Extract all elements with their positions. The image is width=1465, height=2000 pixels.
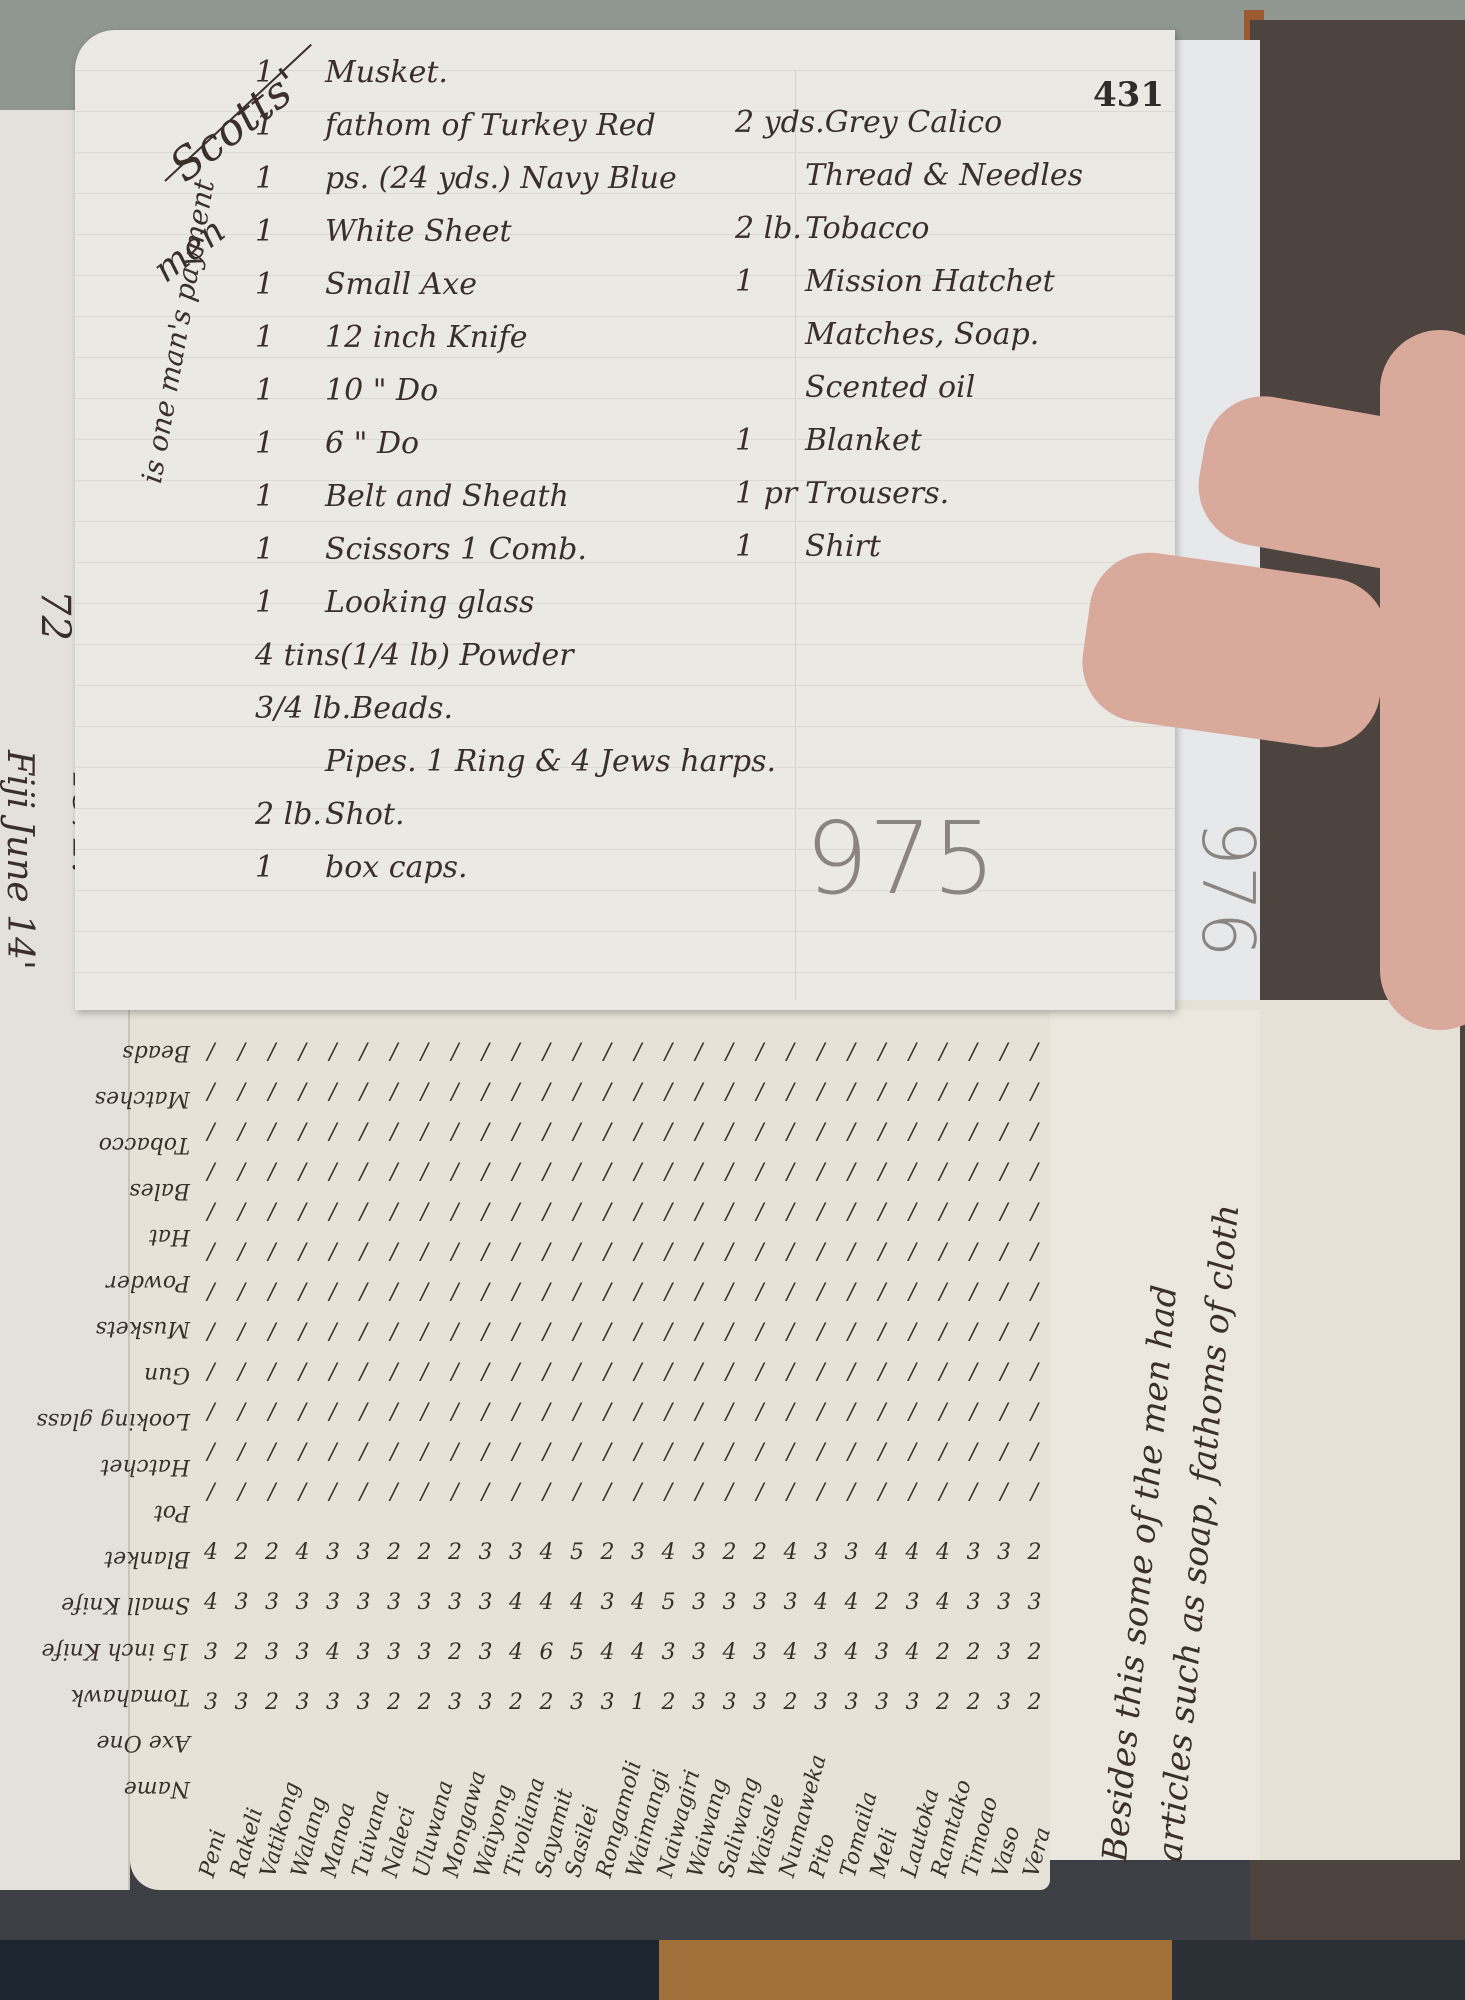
ledger-count: 2 <box>657 1690 681 1715</box>
ledger-count: 1 <box>626 1690 650 1715</box>
tally-mark: / <box>901 1080 925 1105</box>
ledger-count: 3 <box>413 1590 437 1615</box>
tally-mark: / <box>504 1360 528 1385</box>
tally-mark: / <box>962 1480 986 1505</box>
pencil-folio-page: 976 <box>1186 820 1270 957</box>
ledger-column-header: Small Knife <box>61 1592 190 1617</box>
tally-mark: / <box>718 1200 742 1225</box>
ledger-count: 2 <box>535 1690 559 1715</box>
ledger-count: 2 <box>382 1540 406 1565</box>
tally-mark: / <box>565 1200 589 1225</box>
tally-mark: / <box>809 1320 833 1345</box>
tally-mark: / <box>382 1400 406 1425</box>
ledger-count: 2 <box>1023 1540 1047 1565</box>
tally-mark: / <box>321 1400 345 1425</box>
tally-mark: / <box>870 1040 894 1065</box>
item-name: Trousers. <box>805 476 949 511</box>
tally-mark: / <box>199 1080 223 1105</box>
tally-mark: / <box>901 1240 925 1265</box>
item-quantity: 1 <box>255 55 325 90</box>
tally-mark: / <box>626 1440 650 1465</box>
tally-mark: / <box>291 1040 315 1065</box>
tally-mark: / <box>748 1240 772 1265</box>
tally-mark: / <box>443 1400 467 1425</box>
tally-mark: / <box>443 1200 467 1225</box>
tally-mark: / <box>687 1080 711 1105</box>
desk-surface <box>0 1940 1465 2000</box>
tally-mark: / <box>443 1360 467 1385</box>
tally-mark: / <box>565 1400 589 1425</box>
item-name: Thread & Needles <box>805 158 1083 193</box>
tally-mark: / <box>413 1440 437 1465</box>
ledger-count: 3 <box>596 1590 620 1615</box>
tally-mark: / <box>535 1080 559 1105</box>
tally-mark: / <box>870 1320 894 1345</box>
tally-mark: / <box>931 1400 955 1425</box>
item-name: fathom of Turkey Red <box>325 108 656 143</box>
tally-mark: / <box>901 1200 925 1225</box>
tally-mark: / <box>901 1160 925 1185</box>
tally-mark: / <box>687 1240 711 1265</box>
ledger-count: 3 <box>321 1540 345 1565</box>
tally-mark: / <box>596 1320 620 1345</box>
tally-mark: / <box>687 1400 711 1425</box>
ledger-count: 4 <box>840 1590 864 1615</box>
ledger-column-header: Matches <box>95 1086 190 1111</box>
ledger-column: ////////////3333Vaso <box>988 1040 1020 1880</box>
tally-mark: / <box>413 1480 437 1505</box>
margin-note-payment: is one man's payment <box>135 177 221 486</box>
ledger-column: ////////////3443Tomaila <box>836 1040 868 1880</box>
ledger-count: 3 <box>718 1690 742 1715</box>
item-name: 12 inch Knife <box>325 320 527 355</box>
ledger-column-header: Pot <box>154 1500 190 1525</box>
tally-mark: / <box>443 1040 467 1065</box>
tally-mark: / <box>748 1160 772 1185</box>
ledger-count: 4 <box>657 1540 681 1565</box>
ledger-count: 3 <box>1023 1590 1047 1615</box>
tally-mark: / <box>901 1040 925 1065</box>
ledger-count: 3 <box>291 1690 315 1715</box>
tally-mark: / <box>992 1280 1016 1305</box>
tally-mark: / <box>352 1280 376 1305</box>
tally-mark: / <box>687 1120 711 1145</box>
tally-mark: / <box>291 1280 315 1305</box>
ledger-column: ////////////3442Tivoliana <box>500 1040 532 1880</box>
ledger-count: 3 <box>626 1540 650 1565</box>
ledger-count: 3 <box>565 1690 589 1715</box>
ledger-count: 2 <box>870 1590 894 1615</box>
tally-mark: / <box>748 1080 772 1105</box>
ledger-column: ////////////5453Sasilei <box>561 1040 593 1880</box>
tally-mark: / <box>748 1480 772 1505</box>
ledger-count: 3 <box>352 1640 376 1665</box>
tally-mark: / <box>199 1320 223 1345</box>
tally-mark: / <box>657 1040 681 1065</box>
tally-mark: / <box>352 1200 376 1225</box>
ledger-count: 2 <box>931 1690 955 1715</box>
list-item: 2 lb.Tobacco <box>735 211 930 246</box>
tally-mark: / <box>260 1320 284 1345</box>
tally-mark: / <box>718 1400 742 1425</box>
tally-mark: / <box>199 1400 223 1425</box>
tally-mark: / <box>260 1480 284 1505</box>
list-item: 110 " Do <box>255 373 438 408</box>
ledger-column: ////////////3343Manoa <box>317 1040 349 1880</box>
ledger-count: 2 <box>230 1540 254 1565</box>
ledger-count: 2 <box>962 1690 986 1715</box>
ledger-count: 3 <box>443 1690 467 1715</box>
tally-mark: / <box>474 1400 498 1425</box>
tally-mark: / <box>626 1240 650 1265</box>
tally-mark: / <box>931 1320 955 1345</box>
tally-mark: / <box>291 1240 315 1265</box>
tally-mark: / <box>230 1200 254 1225</box>
item-name: Scented oil <box>805 370 975 405</box>
tally-mark: / <box>474 1360 498 1385</box>
tally-mark: / <box>230 1360 254 1385</box>
tally-mark: / <box>474 1240 498 1265</box>
tally-mark: / <box>260 1240 284 1265</box>
tally-mark: / <box>748 1280 772 1305</box>
ledger-count: 3 <box>992 1540 1016 1565</box>
ledger-count: 3 <box>748 1690 772 1715</box>
tally-mark: / <box>443 1120 467 1145</box>
tally-mark: / <box>321 1440 345 1465</box>
ledger-count: 3 <box>687 1540 711 1565</box>
tally-mark: / <box>596 1120 620 1145</box>
item-name: Beads. <box>351 691 453 726</box>
tally-mark: / <box>687 1040 711 1065</box>
tally-mark: / <box>992 1080 1016 1105</box>
tally-mark: / <box>1023 1040 1047 1065</box>
tally-mark: / <box>931 1200 955 1225</box>
tally-mark: / <box>1023 1240 1047 1265</box>
ledger-count: 4 <box>626 1640 650 1665</box>
tally-mark: / <box>382 1320 406 1345</box>
ledger-count: 3 <box>382 1640 406 1665</box>
ledger-column-header: Tobacco <box>99 1132 190 1157</box>
ledger-count: 3 <box>504 1540 528 1565</box>
ledger-count: 4 <box>779 1640 803 1665</box>
tally-mark: / <box>199 1440 223 1465</box>
tally-mark: / <box>809 1440 833 1465</box>
ledger-count: 2 <box>931 1640 955 1665</box>
tally-mark: / <box>413 1320 437 1345</box>
tally-mark: / <box>291 1160 315 1185</box>
ledger-count: 3 <box>443 1590 467 1615</box>
tally-mark: / <box>535 1440 559 1465</box>
ledger-count: 4 <box>840 1640 864 1665</box>
tally-mark: / <box>596 1080 620 1105</box>
tally-mark: / <box>321 1040 345 1065</box>
tally-mark: / <box>291 1320 315 1345</box>
tally-mark: / <box>443 1320 467 1345</box>
tally-mark: / <box>291 1480 315 1505</box>
tally-mark: / <box>687 1160 711 1185</box>
ledger-count: 4 <box>199 1590 223 1615</box>
tally-mark: / <box>352 1160 376 1185</box>
ledger-count: 2 <box>718 1540 742 1565</box>
ledger-count: 3 <box>230 1690 254 1715</box>
tally-mark: / <box>291 1400 315 1425</box>
tally-mark: / <box>382 1440 406 1465</box>
tally-mark: / <box>382 1480 406 1505</box>
tally-mark: / <box>718 1120 742 1145</box>
tally-mark: / <box>657 1120 681 1145</box>
tally-mark: / <box>718 1480 742 1505</box>
tally-mark: / <box>840 1360 864 1385</box>
item-quantity: 1 <box>255 532 325 567</box>
list-item: 1ps. (24 yds.) Navy Blue <box>255 161 677 196</box>
list-item: Matches, Soap. <box>735 317 1039 352</box>
item-name: Scissors 1 Comb. <box>325 532 587 567</box>
tally-mark: / <box>565 1040 589 1065</box>
item-quantity: 1 <box>255 161 325 196</box>
tally-mark: / <box>443 1280 467 1305</box>
tally-mark: / <box>931 1440 955 1465</box>
ledger-person-name: Vera <box>1018 1825 1055 1880</box>
ledger-column-header: Hat <box>149 1224 190 1249</box>
tally-mark: / <box>1023 1200 1047 1225</box>
tally-mark: / <box>687 1480 711 1505</box>
tally-mark: / <box>809 1120 833 1145</box>
tally-mark: / <box>291 1440 315 1465</box>
tally-mark: / <box>596 1280 620 1305</box>
item-name: White Sheet <box>325 214 512 249</box>
tally-mark: / <box>565 1240 589 1265</box>
tally-mark: / <box>779 1360 803 1385</box>
tally-mark: / <box>962 1080 986 1105</box>
item-quantity: 1 pr <box>735 476 805 511</box>
tally-mark: / <box>199 1200 223 1225</box>
tally-mark: / <box>809 1280 833 1305</box>
tally-mark: / <box>260 1160 284 1185</box>
tally-mark: / <box>657 1360 681 1385</box>
tally-mark: / <box>840 1320 864 1345</box>
tally-mark: / <box>626 1480 650 1505</box>
tally-mark: / <box>352 1080 376 1105</box>
item-quantity: 1 <box>255 320 325 355</box>
tally-mark: / <box>779 1320 803 1345</box>
tally-mark: / <box>352 1400 376 1425</box>
tally-mark: / <box>870 1480 894 1505</box>
tally-mark: / <box>870 1080 894 1105</box>
list-item: 1Blanket <box>735 423 922 458</box>
tally-mark: / <box>992 1200 1016 1225</box>
item-name: 10 " Do <box>325 373 438 408</box>
tally-mark: / <box>474 1080 498 1105</box>
tally-mark: / <box>901 1400 925 1425</box>
tally-mark: / <box>1023 1480 1047 1505</box>
ledger-count: 3 <box>992 1640 1016 1665</box>
ledger-column-header: Muskets <box>96 1316 190 1341</box>
tally-mark: / <box>382 1080 406 1105</box>
tally-mark: / <box>565 1440 589 1465</box>
item-name: Mission Hatchet <box>805 264 1055 299</box>
ledger-count: 2 <box>413 1540 437 1565</box>
ledger-count: 3 <box>291 1640 315 1665</box>
tally-mark: / <box>840 1440 864 1465</box>
tally-mark: / <box>474 1440 498 1465</box>
tally-mark: / <box>992 1240 1016 1265</box>
tally-mark: / <box>718 1040 742 1065</box>
tally-mark: / <box>596 1400 620 1425</box>
item-quantity: 2 lb. <box>255 797 325 832</box>
tally-mark: / <box>992 1160 1016 1185</box>
list-item: 1 prTrousers. <box>735 476 949 511</box>
tally-mark: / <box>809 1080 833 1105</box>
tally-mark: / <box>748 1040 772 1065</box>
tally-mark: / <box>626 1040 650 1065</box>
tally-mark: / <box>809 1480 833 1505</box>
tally-mark: / <box>718 1160 742 1185</box>
tally-mark: / <box>443 1080 467 1105</box>
tally-mark: / <box>657 1280 681 1305</box>
item-name: Grey Calico <box>825 105 1002 140</box>
ledger-count: 3 <box>199 1690 223 1715</box>
tally-mark: / <box>443 1240 467 1265</box>
tally-mark: / <box>535 1120 559 1145</box>
ledger-count: 5 <box>657 1590 681 1615</box>
tally-mark: / <box>321 1160 345 1185</box>
tally-mark: / <box>352 1360 376 1385</box>
tally-mark: / <box>413 1240 437 1265</box>
item-quantity: 1 <box>255 585 325 620</box>
ledger-count: 3 <box>779 1590 803 1615</box>
tally-mark: / <box>962 1400 986 1425</box>
tally-mark: / <box>199 1040 223 1065</box>
ledger-count: 3 <box>748 1590 772 1615</box>
ledger-count: 4 <box>535 1590 559 1615</box>
tally-mark: / <box>1023 1080 1047 1105</box>
tally-mark: / <box>870 1200 894 1225</box>
ledger-count: 3 <box>840 1690 864 1715</box>
ledger-count: 3 <box>962 1540 986 1565</box>
tally-mark: / <box>1023 1280 1047 1305</box>
tally-mark: / <box>718 1080 742 1105</box>
ledger-count: 3 <box>352 1540 376 1565</box>
ledger-column: ////////////2323Mongawa <box>439 1040 471 1880</box>
tally-mark: / <box>565 1320 589 1345</box>
tally-mark: / <box>962 1200 986 1225</box>
tally-mark: / <box>931 1120 955 1145</box>
ledger-count: 3 <box>840 1540 864 1565</box>
ledger-count: 4 <box>321 1640 345 1665</box>
tally-mark: / <box>413 1400 437 1425</box>
item-quantity: 4 tins <box>255 638 340 673</box>
tally-mark: / <box>291 1200 315 1225</box>
tally-mark: / <box>687 1200 711 1225</box>
list-item: 1Mission Hatchet <box>735 264 1055 299</box>
tally-mark: / <box>718 1320 742 1345</box>
item-quantity: 1 <box>255 373 325 408</box>
tally-mark: / <box>901 1120 925 1145</box>
item-name: Musket. <box>325 55 448 90</box>
ledger-count: 3 <box>718 1590 742 1615</box>
ledger-count: 2 <box>443 1640 467 1665</box>
tally-mark: / <box>840 1120 864 1145</box>
ledger-count: 3 <box>687 1590 711 1615</box>
tally-mark: / <box>962 1440 986 1465</box>
tally-mark: / <box>870 1400 894 1425</box>
tally-mark: / <box>535 1280 559 1305</box>
tally-mark: / <box>230 1400 254 1425</box>
list-item: Scented oil <box>735 370 975 405</box>
tally-mark: / <box>779 1040 803 1065</box>
tally-mark: / <box>718 1240 742 1265</box>
tally-mark: / <box>382 1280 406 1305</box>
ledger-column-header: Gun <box>144 1362 190 1387</box>
tally-mark: / <box>474 1320 498 1345</box>
hand <box>1380 330 1465 1030</box>
tally-mark: / <box>382 1160 406 1185</box>
list-item: 1Shirt <box>735 529 881 564</box>
item-quantity: 1 <box>255 479 325 514</box>
tally-mark: / <box>870 1280 894 1305</box>
tally-mark: / <box>443 1440 467 1465</box>
tally-mark: / <box>840 1480 864 1505</box>
ledger-count: 3 <box>199 1640 223 1665</box>
tally-mark: / <box>1023 1320 1047 1345</box>
tally-mark: / <box>413 1360 437 1385</box>
tally-mark: / <box>199 1120 223 1145</box>
ledger-count: 3 <box>352 1690 376 1715</box>
list-item: 1Looking glass <box>255 585 534 620</box>
ledger-count: 3 <box>382 1590 406 1615</box>
ledger-count: 4 <box>626 1590 650 1615</box>
tally-mark: / <box>352 1040 376 1065</box>
ledger-count: 2 <box>260 1690 284 1715</box>
ledger-count: 3 <box>321 1690 345 1715</box>
tally-mark: / <box>504 1240 528 1265</box>
ledger-column-header: Powder <box>106 1270 190 1295</box>
tally-mark: / <box>230 1320 254 1345</box>
tally-mark: / <box>199 1160 223 1185</box>
tally-mark: / <box>687 1360 711 1385</box>
tally-mark: / <box>748 1200 772 1225</box>
tally-mark: / <box>779 1400 803 1425</box>
tally-mark: / <box>565 1080 589 1105</box>
tally-mark: / <box>931 1160 955 1185</box>
ledger-count: 3 <box>809 1640 833 1665</box>
ledger-count: 3 <box>901 1590 925 1615</box>
ledger-count: 4 <box>718 1640 742 1665</box>
ledger-count: 5 <box>565 1540 589 1565</box>
tally-mark: / <box>626 1200 650 1225</box>
tally-mark: / <box>779 1480 803 1505</box>
tally-mark: / <box>962 1040 986 1065</box>
ledger-count: 3 <box>291 1590 315 1615</box>
tally-mark: / <box>565 1280 589 1305</box>
tally-mark: / <box>657 1480 681 1505</box>
list-item: 2 lb.Shot. <box>255 797 405 832</box>
tally-mark: / <box>260 1040 284 1065</box>
tally-mark: / <box>718 1440 742 1465</box>
tally-mark: / <box>291 1120 315 1145</box>
item-name: Pipes. 1 Ring & 4 Jews harps. <box>325 744 776 779</box>
ledger-count: 2 <box>748 1540 772 1565</box>
tally-mark: / <box>260 1200 284 1225</box>
tally-mark: / <box>504 1080 528 1105</box>
ledger-count: 2 <box>504 1690 528 1715</box>
tally-mark: / <box>413 1120 437 1145</box>
tally-mark: / <box>901 1440 925 1465</box>
ledger-count: 4 <box>901 1640 925 1665</box>
tally-mark: / <box>321 1120 345 1145</box>
tally-mark: / <box>474 1040 498 1065</box>
tally-mark: / <box>962 1360 986 1385</box>
